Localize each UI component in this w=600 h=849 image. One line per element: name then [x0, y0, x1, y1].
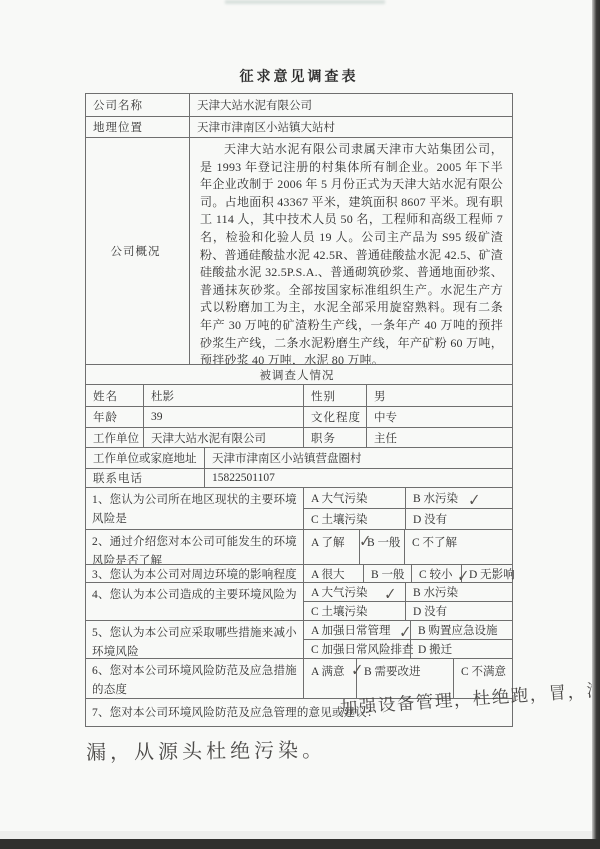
question-5-option-c: C 加强日常风险排查: [304, 640, 410, 658]
checkmark-icon: ✓: [384, 588, 396, 600]
question-4-options: A 大气污染 ✓ B 水污染 C 土壤污染 D 没有: [303, 583, 512, 620]
option-label: A 大气污染: [311, 584, 368, 600]
respondent-education-value: 中专: [366, 407, 512, 427]
question-row: 4、您认为本公司造成的主要环境风险为 A 大气污染 ✓ B 水污染 C 土壤污染…: [86, 582, 512, 620]
scan-bleedthrough-smudge: [225, 0, 385, 4]
company-overview-text: 天津大站水泥有限公司隶属天津市大站集团公司，是 1993 年登记注册的村集体所有…: [200, 141, 503, 364]
respondent-age-label: 年龄: [86, 407, 143, 427]
question-4-option-d: D 没有: [405, 602, 512, 620]
survey-table: 公司名称 天津大站水泥有限公司 地理位置 天津市津南区小站镇大站村 公司概况 天…: [85, 93, 513, 727]
table-row: 工作单位 天津大站水泥有限公司 职务 主任: [86, 427, 512, 447]
company-name-value: 天津大站水泥有限公司: [189, 94, 512, 116]
respondent-name-label: 姓名: [86, 385, 143, 406]
scan-edge-right: [592, 0, 600, 849]
table-row: 姓名 杜影 性别 男: [86, 384, 512, 406]
question-row: 2、通过介绍您对本公司可能发生的环境风险是否了解 A 了解 ✓ B 一般 C 不…: [86, 529, 512, 564]
question-6-option-a: A 满意 ✓: [303, 659, 356, 698]
checkmark-icon: ✓: [351, 664, 363, 676]
option-row: A 大气污染 B 水污染 ✓: [304, 488, 512, 508]
question-1-option-c: C 土壤污染: [304, 509, 405, 529]
question-1-option-a: A 大气污染: [304, 488, 405, 508]
respondent-section-title: 被调查人情况: [86, 365, 512, 384]
respondent-phone-value: 15822501107: [204, 469, 512, 487]
option-row: C 土壤污染 D 没有: [304, 601, 512, 620]
respondent-gender-label: 性别: [303, 385, 366, 406]
table-row: 联系电话 15822501107: [86, 468, 512, 487]
question-5-option-d: D 搬迁: [410, 640, 512, 658]
option-row: C 加强日常风险排查 D 搬迁: [304, 639, 512, 658]
table-row: 年龄 39 文化程度 中专: [86, 406, 512, 427]
option-label: A 加强日常管理: [311, 622, 391, 638]
question-1-options: A 大气污染 B 水污染 ✓ C 土壤污染 D 没有: [303, 488, 512, 529]
scan-shadow-strip: [0, 831, 600, 839]
company-overview-cell: 天津大站水泥有限公司隶属天津市大站集团公司，是 1993 年登记注册的村集体所有…: [189, 138, 512, 364]
option-row: A 加强日常管理 ✓ B 购置应急设施: [304, 621, 512, 639]
respondent-position-value: 主任: [366, 428, 512, 447]
respondent-position-label: 职务: [303, 428, 366, 447]
question-3-option-a: A 很大: [303, 565, 363, 582]
handwritten-comment-line2: 漏，从源头杜绝污染。: [86, 734, 326, 766]
option-label: A 了解: [311, 534, 345, 550]
respondent-address-value: 天津市津南区小站镇营盘圈村: [204, 448, 512, 468]
option-label: A 满意: [311, 663, 345, 679]
table-row: 公司概况 天津大站水泥有限公司隶属天津市大站集团公司，是 1993 年登记注册的…: [86, 137, 512, 364]
checkmark-icon: ✓: [468, 494, 480, 506]
question-5-text: 5、您认为本公司应采取哪些措施来减小环境风险: [86, 621, 303, 658]
question-4-text: 4、您认为本公司造成的主要环境风险为: [86, 583, 303, 620]
question-1-option-d: D 没有: [405, 509, 512, 529]
respondent-employer-label: 工作单位: [86, 428, 143, 447]
table-row: 公司名称 天津大站水泥有限公司: [86, 94, 512, 116]
scanned-survey-page: 征求意见调查表 公司名称 天津大站水泥有限公司 地理位置 天津市津南区小站镇大站…: [0, 0, 600, 849]
question-1-text: 1、您认为公司所在地区现状的主要环境风险是: [86, 488, 303, 529]
question-2-option-a: A 了解 ✓: [303, 530, 359, 564]
question-4-option-a: A 大气污染 ✓: [304, 583, 405, 601]
option-label: B 水污染: [413, 490, 458, 506]
respondent-gender-value: 男: [366, 385, 512, 406]
question-row: 3、您认为本公司对周边环境的影响程度是 A 很大 B 一般 C 较小 ✓ D 无…: [86, 564, 512, 582]
respondent-education-label: 文化程度: [303, 407, 366, 427]
company-location-value: 天津市津南区小站镇大站村: [189, 117, 512, 137]
option-label: C 较小: [419, 566, 453, 582]
question-2-text: 2、通过介绍您对本公司可能发生的环境风险是否了解: [86, 530, 303, 564]
respondent-name-value: 杜影: [143, 385, 303, 406]
question-row: 1、您认为公司所在地区现状的主要环境风险是 A 大气污染 B 水污染 ✓ C 土…: [86, 487, 512, 529]
option-row: A 大气污染 ✓ B 水污染: [304, 583, 512, 601]
question-3-text: 3、您认为本公司对周边环境的影响程度是: [86, 565, 303, 582]
form-title: 征求意见调查表: [0, 66, 598, 86]
question-3-option-c: C 较小 ✓: [411, 565, 461, 582]
option-row: C 土壤污染 D 没有: [304, 508, 512, 529]
respondent-phone-label: 联系电话: [86, 469, 204, 487]
respondent-employer-value: 天津大站水泥有限公司: [143, 428, 303, 447]
checkmark-icon: ✓: [399, 626, 411, 638]
table-row: 工作单位或家庭地址 天津市津南区小站镇营盘圈村: [86, 447, 512, 468]
company-location-label: 地理位置: [86, 117, 189, 137]
respondent-age-value: 39: [143, 407, 303, 427]
question-5-option-b: B 购置应急设施: [410, 621, 512, 639]
respondent-address-label: 工作单位或家庭地址: [86, 448, 204, 468]
question-6-text: 6、您对本公司环境风险防范及应急措施的态度: [86, 659, 303, 698]
table-row: 地理位置 天津市津南区小站镇大站村: [86, 116, 512, 137]
checkmark-icon: ✓: [359, 535, 371, 547]
scan-edge-bottom: [0, 839, 600, 849]
question-2-option-c: C 不了解: [404, 530, 512, 564]
question-4-option-c: C 土壤污染: [304, 602, 405, 620]
table-row: 被调查人情况: [86, 364, 512, 384]
question-3-option-b: B 一般: [363, 565, 411, 582]
question-5-options: A 加强日常管理 ✓ B 购置应急设施 C 加强日常风险排查 D 搬迁: [303, 621, 512, 658]
company-name-label: 公司名称: [86, 94, 189, 116]
checkmark-icon: ✓: [457, 569, 469, 581]
question-1-option-b: B 水污染 ✓: [405, 488, 512, 508]
question-5-option-a: A 加强日常管理 ✓: [304, 621, 410, 639]
company-overview-label: 公司概况: [86, 138, 189, 364]
question-row: 5、您认为本公司应采取哪些措施来减小环境风险 A 加强日常管理 ✓ B 购置应急…: [86, 620, 512, 658]
